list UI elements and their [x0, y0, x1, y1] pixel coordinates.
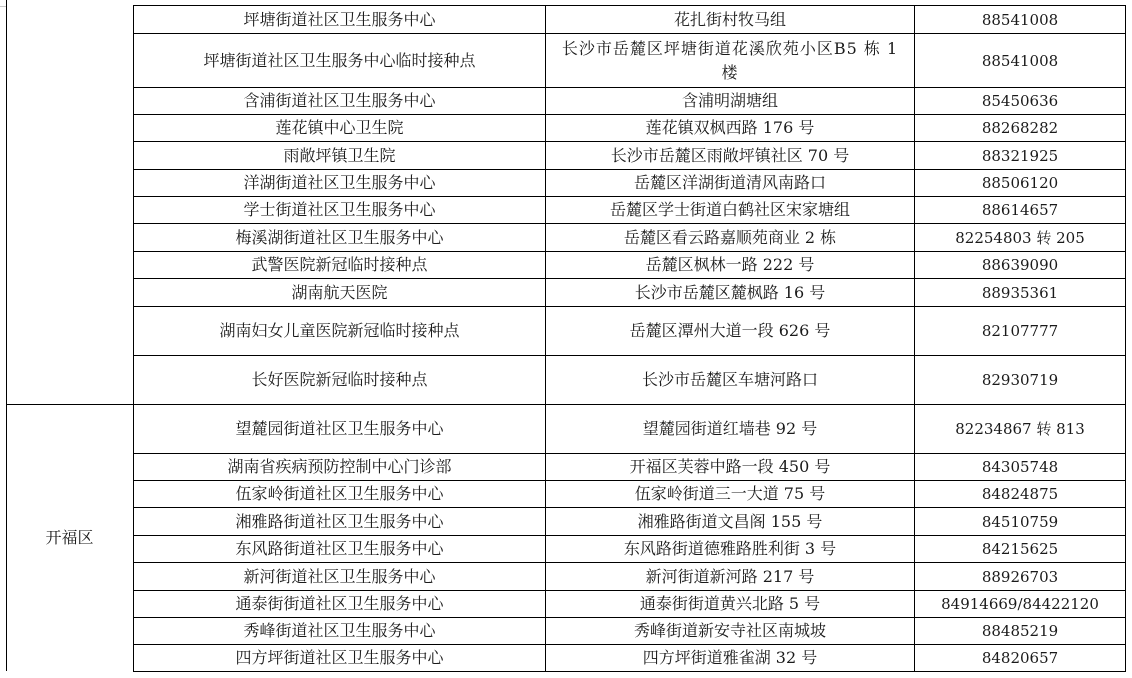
document-page: 开福区 坪塘街道社区卫生服务中心花扎街村牧马组88541008坪塘街道社区卫生服… [0, 0, 1132, 678]
site-name-cell: 莲花镇中心卫生院 [134, 115, 546, 142]
site-phone-cell: 82107777 [915, 307, 1126, 356]
table-row: 长好医院新冠临时接种点长沙市岳麓区车塘河路口82930719 [134, 356, 1126, 405]
table-row: 梅溪湖街道社区卫生服务中心岳麓区看云路嘉顺苑商业 2 栋82254803 转 2… [134, 224, 1126, 252]
district-column-border [6, 0, 7, 671]
site-name-cell: 洋湖街道社区卫生服务中心 [134, 170, 546, 197]
table-row: 伍家岭街道社区卫生服务中心伍家岭街道三一大道 75 号84824875 [134, 481, 1126, 508]
table-row: 坪塘街道社区卫生服务中心花扎街村牧马组88541008 [134, 6, 1126, 34]
district-divider [6, 404, 133, 405]
table-row: 学士街道社区卫生服务中心岳麓区学士街道白鹤社区宋家塘组88614657 [134, 197, 1126, 224]
table-row: 雨敞坪镇卫生院长沙市岳麓区雨敞坪镇社区 70 号88321925 [134, 142, 1126, 170]
table-row: 望麓园街道社区卫生服务中心望麓园街道红墙巷 92 号82234867 转 813 [134, 405, 1126, 454]
site-address-cell: 长沙市岳麓区雨敞坪镇社区 70 号 [546, 142, 915, 170]
site-name-cell: 湖南妇女儿童医院新冠临时接种点 [134, 307, 546, 356]
site-address-cell: 长沙市岳麓区麓枫路 16 号 [546, 279, 915, 307]
site-name-cell: 长好医院新冠临时接种点 [134, 356, 546, 405]
district-label-kaifu: 开福区 [6, 528, 133, 548]
table-row: 坪塘街道社区卫生服务中心临时接种点长沙市岳麓区坪塘街道花溪欣苑小区B5 栋 1 … [134, 34, 1126, 88]
table-row: 东风路街道社区卫生服务中心东风路街道德雅路胜利街 3 号84215625 [134, 536, 1126, 563]
site-address-cell: 伍家岭街道三一大道 75 号 [546, 481, 915, 508]
site-address-cell: 长沙市岳麓区车塘河路口 [546, 356, 915, 405]
site-phone-cell: 88935361 [915, 279, 1126, 307]
site-address-cell: 花扎街村牧马组 [546, 6, 915, 34]
site-phone-cell: 88614657 [915, 197, 1126, 224]
site-address-cell: 莲花镇双枫西路 176 号 [546, 115, 915, 142]
table-row: 湖南妇女儿童医院新冠临时接种点岳麓区潭州大道一段 626 号82107777 [134, 307, 1126, 356]
site-name-cell: 东风路街道社区卫生服务中心 [134, 536, 546, 563]
table-row: 莲花镇中心卫生院莲花镇双枫西路 176 号88268282 [134, 115, 1126, 142]
site-address-cell: 岳麓区学士街道白鹤社区宋家塘组 [546, 197, 915, 224]
site-address-cell: 岳麓区枫林一路 222 号 [546, 252, 915, 279]
site-name-cell: 秀峰街道社区卫生服务中心 [134, 618, 546, 645]
site-address-cell: 岳麓区潭州大道一段 626 号 [546, 307, 915, 356]
site-address-cell: 岳麓区看云路嘉顺苑商业 2 栋 [546, 224, 915, 252]
site-address-cell: 长沙市岳麓区坪塘街道花溪欣苑小区B5 栋 1 楼 [546, 34, 915, 88]
site-phone-cell: 85450636 [915, 88, 1126, 115]
site-name-cell: 望麓园街道社区卫生服务中心 [134, 405, 546, 454]
site-phone-cell: 88506120 [915, 170, 1126, 197]
site-phone-cell: 82234867 转 813 [915, 405, 1126, 454]
site-phone-cell: 84914669/84422120 [915, 591, 1126, 618]
site-name-cell: 雨敞坪镇卫生院 [134, 142, 546, 170]
site-name-cell: 学士街道社区卫生服务中心 [134, 197, 546, 224]
vaccination-sites-table: 坪塘街道社区卫生服务中心花扎街村牧马组88541008坪塘街道社区卫生服务中心临… [133, 5, 1126, 672]
site-address-cell: 开福区芙蓉中路一段 450 号 [546, 454, 915, 481]
site-name-cell: 伍家岭街道社区卫生服务中心 [134, 481, 546, 508]
table-row: 通泰街街道社区卫生服务中心通泰街街道黄兴北路 5 号84914669/84422… [134, 591, 1126, 618]
site-phone-cell: 88268282 [915, 115, 1126, 142]
site-phone-cell: 82254803 转 205 [915, 224, 1126, 252]
site-name-cell: 四方坪街道社区卫生服务中心 [134, 645, 546, 672]
site-address-cell: 新河街道新河路 217 号 [546, 563, 915, 591]
table-row: 湘雅路街道社区卫生服务中心湘雅路街道文昌阁 155 号84510759 [134, 508, 1126, 536]
site-address-cell: 四方坪街道雅雀湖 32 号 [546, 645, 915, 672]
site-name-cell: 湖南省疾病预防控制中心门诊部 [134, 454, 546, 481]
site-name-cell: 湘雅路街道社区卫生服务中心 [134, 508, 546, 536]
table-row: 秀峰街道社区卫生服务中心秀峰街道新安寺社区南城坡88485219 [134, 618, 1126, 645]
table-row: 含浦街道社区卫生服务中心含浦明湖塘组85450636 [134, 88, 1126, 115]
table-row: 湖南省疾病预防控制中心门诊部开福区芙蓉中路一段 450 号84305748 [134, 454, 1126, 481]
site-phone-cell: 84215625 [915, 536, 1126, 563]
site-name-cell: 通泰街街道社区卫生服务中心 [134, 591, 546, 618]
site-phone-cell: 88541008 [915, 6, 1126, 34]
site-name-cell: 新河街道社区卫生服务中心 [134, 563, 546, 591]
site-address-cell: 望麓园街道红墙巷 92 号 [546, 405, 915, 454]
site-phone-cell: 88541008 [915, 34, 1126, 88]
site-name-cell: 梅溪湖街道社区卫生服务中心 [134, 224, 546, 252]
site-name-cell: 武警医院新冠临时接种点 [134, 252, 546, 279]
site-phone-cell: 84824875 [915, 481, 1126, 508]
site-phone-cell: 84305748 [915, 454, 1126, 481]
table-row: 洋湖街道社区卫生服务中心岳麓区洋湖街道清风南路口88506120 [134, 170, 1126, 197]
site-phone-cell: 88485219 [915, 618, 1126, 645]
site-address-cell: 岳麓区洋湖街道清风南路口 [546, 170, 915, 197]
site-name-cell: 坪塘街道社区卫生服务中心临时接种点 [134, 34, 546, 88]
site-name-cell: 湖南航天医院 [134, 279, 546, 307]
site-phone-cell: 82930719 [915, 356, 1126, 405]
site-address-cell: 东风路街道德雅路胜利街 3 号 [546, 536, 915, 563]
site-address-cell: 湘雅路街道文昌阁 155 号 [546, 508, 915, 536]
site-address-cell: 秀峰街道新安寺社区南城坡 [546, 618, 915, 645]
site-phone-cell: 88639090 [915, 252, 1126, 279]
site-phone-cell: 84510759 [915, 508, 1126, 536]
table-row: 武警医院新冠临时接种点岳麓区枫林一路 222 号88639090 [134, 252, 1126, 279]
table-row: 四方坪街道社区卫生服务中心四方坪街道雅雀湖 32 号84820657 [134, 645, 1126, 672]
site-name-cell: 坪塘街道社区卫生服务中心 [134, 6, 546, 34]
table-row: 湖南航天医院长沙市岳麓区麓枫路 16 号88935361 [134, 279, 1126, 307]
site-address-cell: 含浦明湖塘组 [546, 88, 915, 115]
site-phone-cell: 84820657 [915, 645, 1126, 672]
table-row: 新河街道社区卫生服务中心新河街道新河路 217 号88926703 [134, 563, 1126, 591]
site-address-cell: 通泰街街道黄兴北路 5 号 [546, 591, 915, 618]
site-name-cell: 含浦街道社区卫生服务中心 [134, 88, 546, 115]
site-phone-cell: 88321925 [915, 142, 1126, 170]
site-phone-cell: 88926703 [915, 563, 1126, 591]
